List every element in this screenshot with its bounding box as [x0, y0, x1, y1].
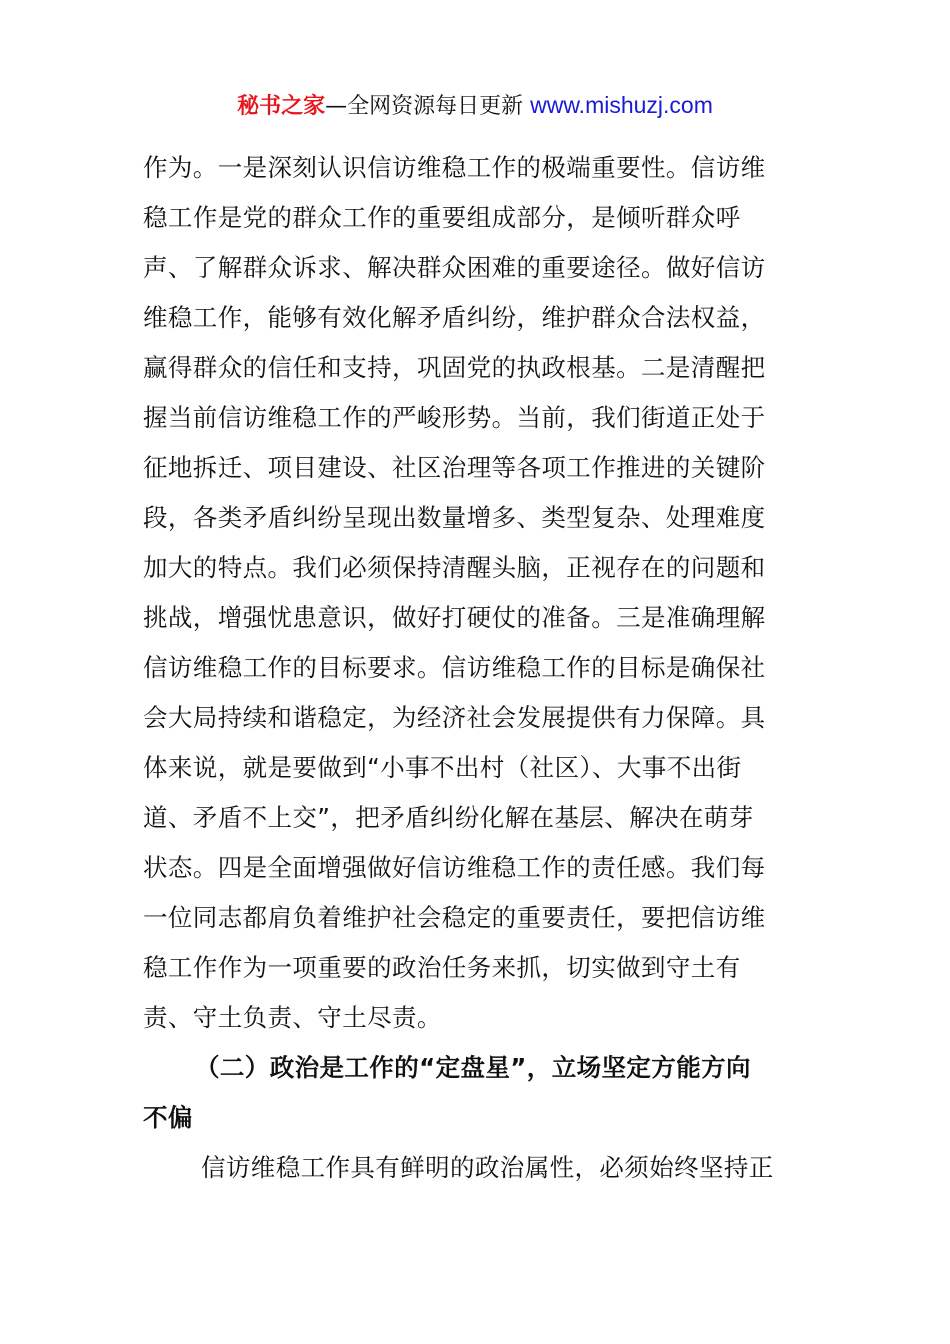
site-header: 秘书之家—全网资源每日更新 www.mishuzj.com: [0, 88, 950, 124]
text-line: 作为。一是深刻认识信访维稳工作的极端重要性。信访维: [143, 143, 808, 193]
text-line: 挑战，增强忧患意识，做好打硬仗的准备。三是准确理解: [143, 593, 808, 643]
text-line: 责、守土负责、守土尽责。: [143, 993, 808, 1043]
text-line: 信访维稳工作具有鲜明的政治属性，必须始终坚持正: [143, 1143, 808, 1193]
text-line: 维稳工作，能够有效化解矛盾纠纷，维护群众合法权益，: [143, 293, 808, 343]
text-line: 一位同志都肩负着维护社会稳定的重要责任，要把信访维: [143, 893, 808, 943]
text-line: 赢得群众的信任和支持，巩固党的执政根基。二是清醒把: [143, 343, 808, 393]
document-body: 作为。一是深刻认识信访维稳工作的极端重要性。信访维 稳工作是党的群众工作的重要组…: [143, 143, 808, 1193]
text-line: 声、了解群众诉求、解决群众困难的重要途径。做好信访: [143, 243, 808, 293]
text-line: 握当前信访维稳工作的严峻形势。当前，我们街道正处于: [143, 393, 808, 443]
text-line: 状态。四是全面增强做好信访维稳工作的责任感。我们每: [143, 843, 808, 893]
text-line: 信访维稳工作的目标要求。信访维稳工作的目标是确保社: [143, 643, 808, 693]
text-line: 加大的特点。我们必须保持清醒头脑，正视存在的问题和: [143, 543, 808, 593]
text-line: 体来说，就是要做到“小事不出村（社区）、大事不出街: [143, 743, 808, 793]
text-line: 段，各类矛盾纠纷呈现出数量增多、类型复杂、处理难度: [143, 493, 808, 543]
site-tagline: —全网资源每日更新: [325, 94, 523, 119]
text-line: 道、矛盾不上交”，把矛盾纠纷化解在基层、解决在萌芽: [143, 793, 808, 843]
paragraph-2: 信访维稳工作具有鲜明的政治属性，必须始终坚持正: [143, 1143, 808, 1193]
text-line: 征地拆迁、项目建设、社区治理等各项工作推进的关键阶: [143, 443, 808, 493]
heading-line: （二）政治是工作的“定盘星”，立场坚定方能方向: [143, 1043, 808, 1093]
section-heading: （二）政治是工作的“定盘星”，立场坚定方能方向 不偏: [143, 1043, 808, 1143]
site-brand: 秘书之家: [237, 94, 325, 119]
site-url-link[interactable]: www.mishuzj.com: [530, 92, 713, 118]
heading-line: 不偏: [143, 1093, 808, 1143]
text-line: 稳工作是党的群众工作的重要组成部分，是倾听群众呼: [143, 193, 808, 243]
text-line: 稳工作作为一项重要的政治任务来抓，切实做到守土有: [143, 943, 808, 993]
text-line: 会大局持续和谐稳定，为经济社会发展提供有力保障。具: [143, 693, 808, 743]
paragraph-1: 作为。一是深刻认识信访维稳工作的极端重要性。信访维 稳工作是党的群众工作的重要组…: [143, 143, 808, 1043]
